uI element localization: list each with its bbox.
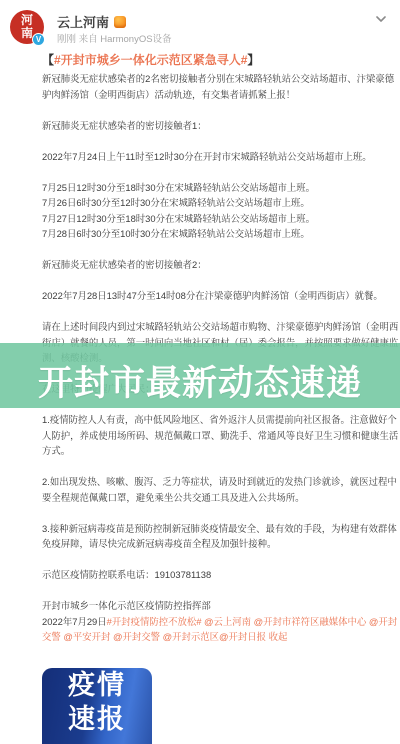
post-title: 【#开封市城乡一体化示范区紧急寻人#】 bbox=[42, 50, 398, 71]
promo-image-text-line1: 疫情 bbox=[68, 668, 126, 702]
weibo-post-screen: 河 南 V 云上河南 刚刚 来自 HarmonyOS设备 【#开封市城乡一体化示… bbox=[0, 0, 400, 744]
membership-badge-icon bbox=[114, 16, 126, 28]
title-hashtag-link[interactable]: #开封市城乡一体化示范区紧急寻人# bbox=[54, 53, 247, 67]
post-date: 2022年7月29日 bbox=[42, 616, 107, 627]
news-overlay-banner: 开封市最新动态速递 bbox=[0, 343, 400, 408]
title-bracket-close: 】 bbox=[247, 53, 259, 67]
post-footer-line: 2022年7月29日#开封疫情防控不放松# @云上河南 @开封市祥符区融媒体中心… bbox=[42, 614, 398, 645]
username-row: 云上河南 bbox=[57, 12, 126, 31]
banner-title: 开封市最新动态速递 bbox=[38, 346, 362, 406]
post-meta: 刚刚 来自 HarmonyOS设备 bbox=[57, 31, 172, 45]
epidemic-report-image[interactable]: 疫情 速报 bbox=[42, 668, 152, 744]
title-bracket-open: 【 bbox=[42, 53, 54, 67]
chevron-down-icon[interactable] bbox=[372, 10, 390, 28]
verified-badge-icon: V bbox=[32, 33, 45, 46]
username[interactable]: 云上河南 bbox=[57, 12, 109, 31]
promo-image-text-line2: 速报 bbox=[68, 702, 126, 736]
